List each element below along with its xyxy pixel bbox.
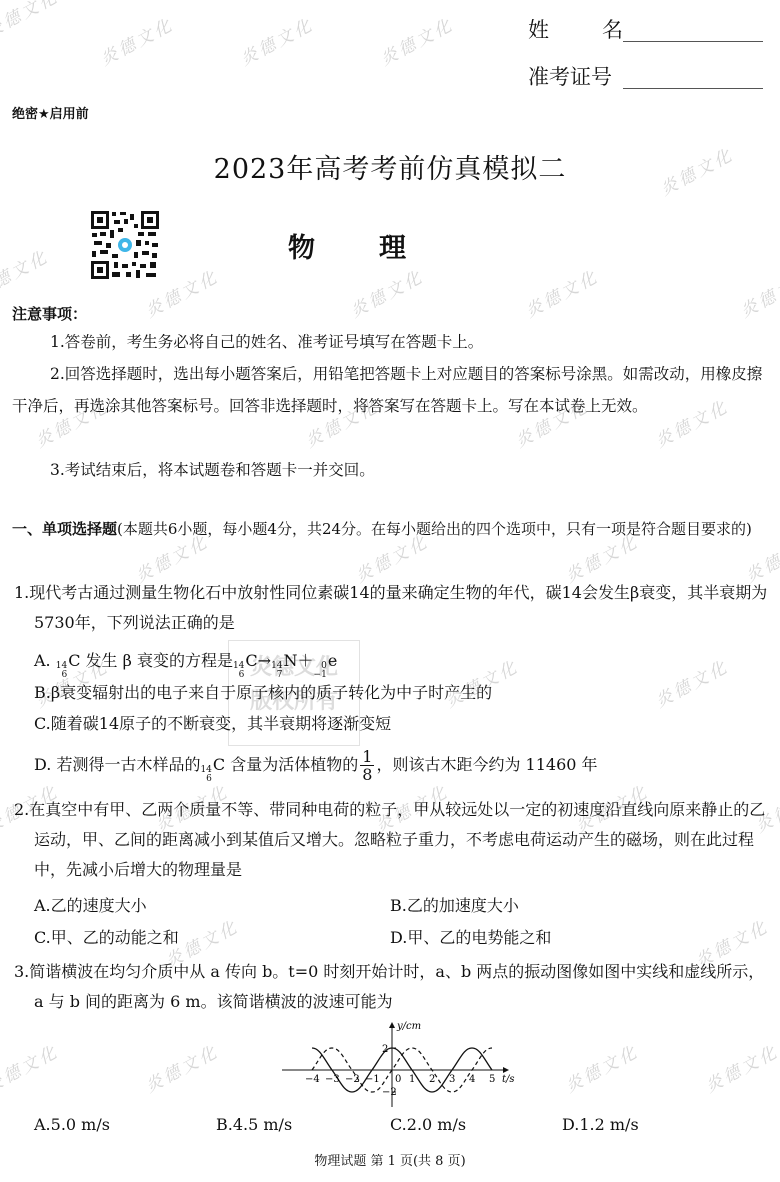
nuclide-notation: 146 — [200, 766, 211, 784]
option-label: A. — [34, 896, 51, 915]
option-label: C. — [34, 928, 51, 947]
fraction: 18 — [360, 748, 374, 783]
svg-text:5: 5 — [489, 1074, 495, 1085]
watermark: 炎德文化 — [235, 10, 317, 70]
question-3: 3.简谐横波在均匀介质中从 a 传向 b。t=0 时刻开始计时，a、b 两点的振… — [14, 957, 769, 1017]
option-text: 若测得一古木样品的 — [56, 755, 200, 774]
name-label: 姓 名 — [528, 14, 623, 44]
watermark: 炎德文化 — [700, 1037, 780, 1097]
svg-text:3: 3 — [449, 1074, 455, 1085]
question-number: 2. — [14, 800, 29, 819]
option-text: 甲、乙的动能之和 — [51, 928, 179, 947]
option-a[interactable]: A. 146C 发生 β 衰变的方程是146C→147N＋0−1e — [34, 648, 337, 680]
id-label: 准考证号 — [528, 61, 623, 91]
option-text: 4.5 m/s — [233, 1115, 292, 1134]
option-text: 甲、乙的电势能之和 — [407, 928, 551, 947]
watermark: 炎德文化 — [0, 242, 52, 302]
exam-id-field[interactable] — [623, 64, 763, 89]
t-axis-ticks: −4−3−2−1 0123 45 — [305, 1074, 495, 1085]
svg-text:0: 0 — [395, 1074, 401, 1085]
watermark: 炎德文化 — [0, 1037, 62, 1097]
note-item: 1.答卷前，考生务必将自己的姓名、准考证号填写在答题卡上。 — [12, 326, 767, 358]
option-label: C. — [390, 1115, 407, 1134]
option-b[interactable]: B.β衰变辐射出的电子来自于原子核内的质子转化为中子时产生的 — [34, 680, 492, 703]
name-field-row: 姓 名 — [528, 14, 763, 44]
watermark: 炎德文化 — [95, 10, 177, 70]
y-axis-label: y/cm — [396, 1021, 421, 1032]
vibration-graph: y/cm 2 −2 −4−3−2−1 0123 45 t/s — [270, 1015, 520, 1110]
notes-title: 注意事项： — [12, 303, 87, 324]
option-label: B. — [216, 1115, 233, 1134]
exam-title: 2023年高考考前仿真模拟二 — [0, 147, 780, 186]
watermark: 炎德文化 — [520, 262, 602, 322]
nuclide-notation: 147 — [271, 662, 282, 680]
watermark: 炎德文化 — [375, 10, 457, 70]
option-label: D. — [562, 1115, 579, 1134]
option-c[interactable]: C.随着碳14原子的不断衰变，其半衰期将逐渐变短 — [34, 711, 391, 734]
option-label: A. — [34, 1115, 51, 1134]
option-text: 1.2 m/s — [579, 1115, 638, 1134]
name-field[interactable] — [623, 17, 763, 42]
question-text: 现代考古通过测量生物化石中放射性同位素碳14的量来确定生物的年代，碳14会发生β… — [29, 583, 767, 632]
option-label: B. — [390, 896, 407, 915]
option-text: 乙的速度大小 — [51, 896, 147, 915]
nuclide-notation: 0−1 — [314, 662, 327, 680]
option-label: D. — [34, 755, 51, 774]
name-label-right: 名 — [602, 14, 623, 44]
svg-text:2: 2 — [382, 1044, 388, 1055]
nuclide-notation: 146 — [233, 662, 244, 680]
option-b[interactable]: B.4.5 m/s — [216, 1115, 292, 1134]
watermark: 炎德文化 — [0, 0, 62, 42]
note-item: 3.考试结束后，将本试题卷和答题卡一并交回。 — [12, 454, 767, 486]
watermark: 炎德文化 — [735, 262, 780, 322]
note-item: 2.回答选择题时，选出每小题答案后，用铅笔把答题卡上对应题目的答案标号涂黑。如需… — [12, 358, 767, 422]
section-heading: 一、单项选择题(本题共6小题，每小题4分，共24分。在每小题给出的四个选项中，只… — [12, 514, 767, 545]
question-stem: 2.在真空中有甲、乙两个质量不等、带同种电荷的粒子，甲从较远处以一定的初速度沿直… — [14, 795, 769, 885]
option-text: 5.0 m/s — [51, 1115, 110, 1134]
question-text: 简谐横波在均匀介质中从 a 传向 b。t=0 时刻开始计时，a、b 两点的振动图… — [29, 962, 764, 1011]
option-c[interactable]: C.2.0 m/s — [390, 1115, 466, 1134]
option-text: 随着碳14原子的不断衰变，其半衰期将逐渐变短 — [51, 714, 391, 733]
question-2: 2.在真空中有甲、乙两个质量不等、带同种电荷的粒子，甲从较远处以一定的初速度沿直… — [14, 795, 769, 885]
option-d[interactable]: D.甲、乙的电势能之和 — [390, 925, 551, 948]
option-a[interactable]: A.乙的速度大小 — [34, 893, 147, 916]
option-label: D. — [390, 928, 407, 947]
question-stem: 1.现代考古通过测量生物化石中放射性同位素碳14的量来确定生物的年代，碳14会发… — [14, 578, 769, 638]
t-axis-label: t/s — [502, 1074, 515, 1085]
watermark: 炎德文化 — [345, 262, 427, 322]
question-number: 1. — [14, 583, 29, 602]
option-label: B. — [34, 683, 51, 702]
option-b[interactable]: B.乙的加速度大小 — [390, 893, 519, 916]
svg-text:−2: −2 — [345, 1074, 360, 1085]
watermark: 炎德文化 — [140, 1037, 222, 1097]
section-instructions: (本题共6小题，每小题4分，共24分。在每小题给出的四个选项中，只有一项是符合题… — [117, 520, 752, 538]
confidential-label: 绝密★启用前 — [12, 103, 89, 122]
nuclide-notation: 146 — [56, 662, 67, 680]
name-label-left: 姓 — [528, 14, 549, 44]
option-c[interactable]: C.甲、乙的动能之和 — [34, 925, 179, 948]
option-d[interactable]: D. 若测得一古木样品的146C 含量为活体植物的18，则该古木距今约为 114… — [34, 748, 598, 784]
option-label: A. — [34, 651, 51, 670]
arrow-icon: → — [258, 651, 271, 670]
id-field-row: 准考证号 — [528, 61, 763, 91]
qr-code-icon — [90, 210, 160, 280]
subject-title: 物 理 — [288, 226, 406, 265]
question-text: 在真空中有甲、乙两个质量不等、带同种电荷的粒子，甲从较远处以一定的初速度沿直线向… — [29, 800, 765, 879]
option-d[interactable]: D.1.2 m/s — [562, 1115, 639, 1134]
question-stem: 3.简谐横波在均匀介质中从 a 传向 b。t=0 时刻开始计时，a、b 两点的振… — [14, 957, 769, 1017]
section-title: 一、单项选择题 — [12, 520, 117, 538]
option-a[interactable]: A.5.0 m/s — [34, 1115, 110, 1134]
svg-text:−3: −3 — [325, 1074, 340, 1085]
svg-text:2: 2 — [429, 1074, 435, 1085]
subject-char: 物 — [288, 226, 315, 265]
question-1: 1.现代考古通过测量生物化石中放射性同位素碳14的量来确定生物的年代，碳14会发… — [14, 578, 769, 638]
watermark: 炎德文化 — [650, 652, 732, 712]
watermark: 炎德文化 — [560, 1037, 642, 1097]
svg-text:4: 4 — [469, 1074, 475, 1085]
svg-text:−4: −4 — [305, 1074, 320, 1085]
option-text: 乙的加速度大小 — [407, 896, 519, 915]
option-text: 2.0 m/s — [407, 1115, 466, 1134]
question-number: 3. — [14, 962, 29, 981]
svg-text:1: 1 — [409, 1074, 415, 1085]
page-footer: 物理试题 第 1 页(共 8 页) — [0, 1150, 780, 1169]
subject-char: 理 — [379, 226, 406, 265]
option-text: β衰变辐射出的电子来自于原子核内的质子转化为中子时产生的 — [51, 683, 492, 702]
svg-text:−1: −1 — [365, 1074, 380, 1085]
option-text: C 发生 β 衰变的方程是 — [68, 651, 233, 670]
option-label: C. — [34, 714, 51, 733]
